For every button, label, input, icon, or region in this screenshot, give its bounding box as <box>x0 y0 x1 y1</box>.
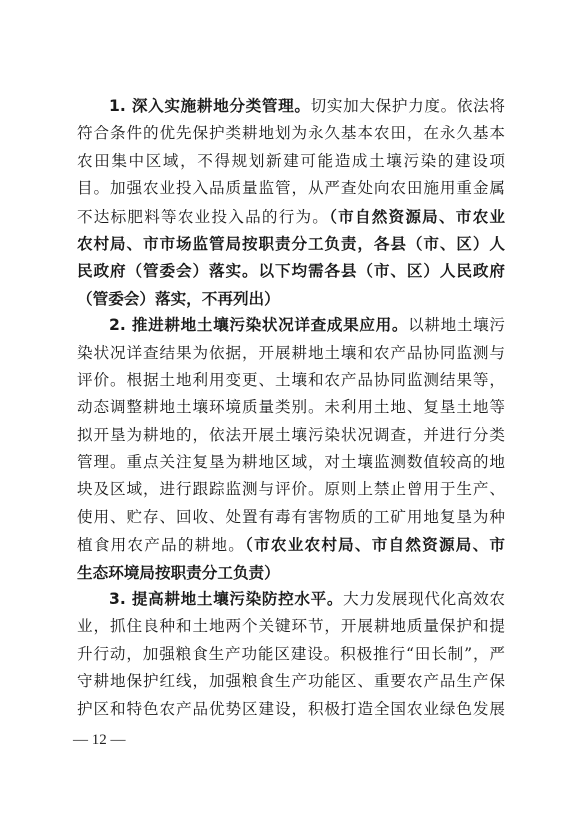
text-line: 符合条件的优先保护类耕地划为永久基本农田，在永久基本 <box>77 120 505 147</box>
paragraph-3: 3. 提高耕地土壤污染防控水平。大力发展现代化高效农业，抓住良种和土地两个关键环… <box>77 586 505 723</box>
text-line: 护区和特色农产品优势区建设，积极打造全国农业绿色发展 <box>77 696 505 723</box>
body-text-segment: 植食用农产品的耕地。 <box>77 536 245 554</box>
text-line: 2. 推进耕地土壤污染状况详查成果应用。以耕地土壤污 <box>77 312 505 339</box>
body-text-segment: 使用、贮存、回收、处置有毒有害物质的工矿用地复垦为种 <box>77 508 505 526</box>
page-number: — 12 — <box>73 732 126 749</box>
body-text-segment: 农田集中区域，不得规划新建可能造成土壤污染的建设项 <box>77 152 505 170</box>
section-heading: 1. 深入实施耕地分类管理。 <box>109 97 311 115</box>
text-line: 动态调整耕地土壤环境质量类别。未利用土地、复垦土地等 <box>77 394 505 421</box>
text-line: 染状况详查结果为依据，开展耕地土壤和农产品协同监测与 <box>77 340 505 367</box>
text-line: 评价。根据土地利用变更、土壤和农产品协同监测结果等， <box>77 367 505 394</box>
body-text-segment: 管理。重点关注复垦为耕地区域，对土壤监测数值较高的地 <box>77 453 505 471</box>
body-text-segment: 升行动，加强粮食生产功能区建设。积极推行“田长制”，严 <box>77 645 505 663</box>
text-line: 管理。重点关注复垦为耕地区域，对土壤监测数值较高的地 <box>77 449 505 476</box>
body-text-segment: 护区和特色农产品优势区建设，积极打造全国农业绿色发展 <box>77 700 505 718</box>
text-line: 拟开垦为耕地的，依法开展土壤污染状况调查，并进行分类 <box>77 422 505 449</box>
responsibility-note: 生态环境局按职责分工负责） <box>77 563 280 582</box>
text-line: 3. 提高耕地土壤污染防控水平。大力发展现代化高效农 <box>77 586 505 613</box>
body-text-segment: 守耕地保护红线，加强粮食生产功能区、重要农产品生产保 <box>77 672 505 690</box>
responsibility-note: （市自然资源局、市农业 <box>329 207 505 226</box>
body-text-segment: 动态调整耕地土壤环境质量类别。未利用土地、复垦土地等 <box>77 398 505 416</box>
body-text-segment: 评价。根据土地利用变更、土壤和农产品协同监测结果等， <box>77 371 505 389</box>
body-text-segment: 块及区域，进行跟踪监测与评价。原则上禁止曾用于生产、 <box>77 480 505 498</box>
responsibility-note: （管委会）落实，不再列出） <box>77 289 280 308</box>
responsibility-note: （市农业农村局、市自然资源局、市 <box>245 535 505 554</box>
text-line: 农田集中区域，不得规划新建可能造成土壤污染的建设项 <box>77 148 505 175</box>
body-text-segment: 符合条件的优先保护类耕地划为永久基本农田，在永久基本 <box>77 124 505 142</box>
body-text-segment: 染状况详查结果为依据，开展耕地土壤和农产品协同监测与 <box>77 344 505 362</box>
body-text-segment: 业，抓住良种和土地两个关键环节，开展耕地质量保护和提 <box>77 617 505 635</box>
responsibility-note: 农村局、市市场监管局按职责分工负责，各县（市、区）人 <box>77 234 505 253</box>
text-line: 不达标肥料等农业投入品的行为。（市自然资源局、市农业 <box>77 203 505 230</box>
responsibility-note: 民政府（管委会）落实。以下均需各县（市、区）人民政府 <box>77 261 505 280</box>
text-line: 业，抓住良种和土地两个关键环节，开展耕地质量保护和提 <box>77 613 505 640</box>
text-line: （管委会）落实，不再列出） <box>77 285 505 312</box>
paragraph-1: 1. 深入实施耕地分类管理。切实加大保护力度。依法将符合条件的优先保护类耕地划为… <box>77 93 505 312</box>
body-text-segment: 切实加大保护力度。依法将 <box>311 97 505 115</box>
body-text: 1. 深入实施耕地分类管理。切实加大保护力度。依法将符合条件的优先保护类耕地划为… <box>77 93 505 723</box>
text-line: 使用、贮存、回收、处置有毒有害物质的工矿用地复垦为种 <box>77 504 505 531</box>
body-text-segment: 目。加强农业投入品质量监管，从严查处向农田施用重金属 <box>77 179 505 197</box>
text-line: 生态环境局按职责分工负责） <box>77 559 505 586</box>
section-heading: 2. 推进耕地土壤污染状况详查成果应用。 <box>109 316 408 334</box>
body-text-segment: 拟开垦为耕地的，依法开展土壤污染状况调查，并进行分类 <box>77 426 505 444</box>
text-line: 1. 深入实施耕地分类管理。切实加大保护力度。依法将 <box>77 93 505 120</box>
paragraph-2: 2. 推进耕地土壤污染状况详查成果应用。以耕地土壤污染状况详查结果为依据，开展耕… <box>77 312 505 586</box>
section-heading: 3. 提高耕地土壤污染防控水平。 <box>109 590 343 608</box>
body-text-segment: 以耕地土壤污 <box>408 316 505 334</box>
body-text-segment: 大力发展现代化高效农 <box>343 590 505 608</box>
text-line: 目。加强农业投入品质量监管，从严查处向农田施用重金属 <box>77 175 505 202</box>
text-line: 农村局、市市场监管局按职责分工负责，各县（市、区）人 <box>77 230 505 257</box>
text-line: 升行动，加强粮食生产功能区建设。积极推行“田长制”，严 <box>77 641 505 668</box>
text-line: 民政府（管委会）落实。以下均需各县（市、区）人民政府 <box>77 257 505 284</box>
text-line: 植食用农产品的耕地。（市农业农村局、市自然资源局、市 <box>77 531 505 558</box>
text-line: 守耕地保护红线，加强粮食生产功能区、重要农产品生产保 <box>77 668 505 695</box>
body-text-segment: 不达标肥料等农业投入品的行为。 <box>77 208 329 226</box>
text-line: 块及区域，进行跟踪监测与评价。原则上禁止曾用于生产、 <box>77 476 505 503</box>
document-page: 1. 深入实施耕地分类管理。切实加大保护力度。依法将符合条件的优先保护类耕地划为… <box>0 0 578 818</box>
